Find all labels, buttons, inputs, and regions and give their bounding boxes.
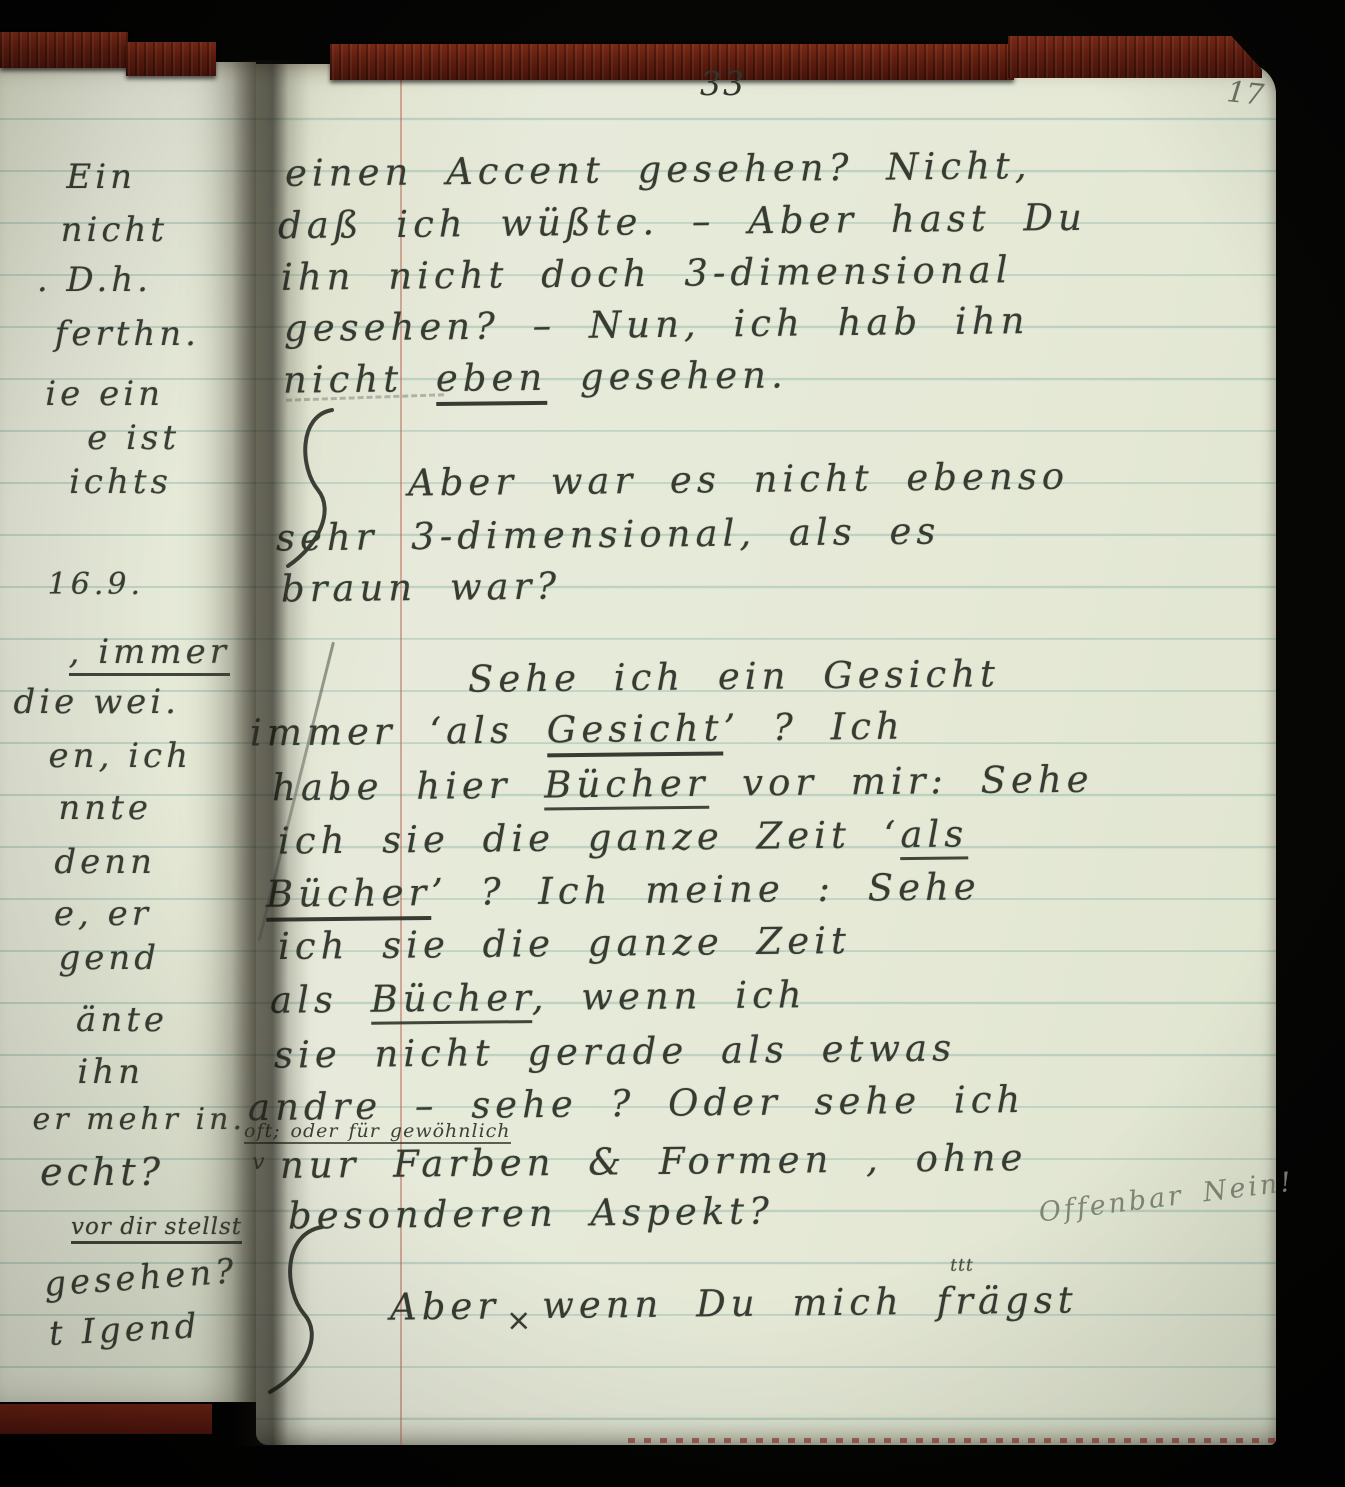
underlined-word: Bücher xyxy=(544,762,710,811)
binding-bottom-specks xyxy=(628,1438,1276,1443)
page-fragment: e ist xyxy=(87,418,180,458)
page-fragment: ie ein xyxy=(45,374,164,414)
line-text: sehr 3-dimensional, als es xyxy=(276,510,941,560)
page-fragment: echt? xyxy=(40,1150,164,1194)
page-fragment: änte xyxy=(76,1000,168,1040)
handwriting-line: Aber×wenn Du mich tttfrägst xyxy=(390,1278,1078,1328)
page-fragment: ferthn. xyxy=(55,314,200,354)
line-text: ’ ? Ich meine : Sehe xyxy=(431,865,981,914)
page-fragment: t Igend xyxy=(48,1306,201,1354)
section-mark-icon xyxy=(266,1222,336,1397)
notebook-page: einen Accent gesehen? Nicht, daß ich wüß… xyxy=(256,64,1276,1445)
page-fragment: . D.h. xyxy=(37,260,152,300)
binding-top-segment-1 xyxy=(0,32,128,68)
handwriting-line: als Bücher, wenn ich xyxy=(270,973,807,1022)
line-text: habe hier xyxy=(272,763,545,809)
underlined-word: eben xyxy=(436,356,548,406)
line-text: besonderen Aspekt? xyxy=(288,1189,774,1237)
handwriting-line: immer ‘als Gesicht’ ? Ich xyxy=(250,705,905,755)
binding-bottom-edge xyxy=(0,1404,212,1434)
line-text: frägst xyxy=(936,1278,1077,1322)
line-text: nur Farben & Formen , ohne xyxy=(280,1136,1028,1187)
handwriting-line: einen Accent gesehen? Nicht, xyxy=(285,144,1032,195)
page-fragment: Ein xyxy=(66,157,136,197)
line-text: einen Accent gesehen? Nicht, xyxy=(285,144,1032,195)
insertion-caret-icon: v xyxy=(252,1150,264,1175)
page-fragment: die wei. xyxy=(14,682,180,722)
line-text: ich sie die ganze Zeit ‘ xyxy=(278,813,901,863)
handwriting-line: Bücher’ ? Ich meine : Sehe xyxy=(266,865,981,915)
handwriting-line: nur Farben & Formen , ohne xyxy=(280,1136,1028,1187)
line-text: Aber war es nicht ebenso xyxy=(408,455,1069,505)
page-fragment: en, ich xyxy=(49,736,192,776)
handwriting-line: braun war? xyxy=(281,565,562,611)
page-fragment: denn xyxy=(54,842,156,882)
page-fragment: er mehr in. xyxy=(33,1102,246,1137)
handwriting-line: Aber war es nicht ebenso xyxy=(408,455,1069,505)
page-number: 33 xyxy=(700,64,746,103)
line-text: ihn nicht doch 3-dimensional xyxy=(281,248,1013,299)
line-text: immer ‘als xyxy=(250,708,547,754)
page-fragment: ihn xyxy=(77,1052,144,1092)
handwriting-line: sie nicht gerade als etwas xyxy=(274,1026,957,1076)
superscript-correction: ttt xyxy=(950,1255,974,1275)
page-fragment: e, er xyxy=(54,894,152,934)
binding-top-segment-2 xyxy=(126,42,216,76)
page-fragment: nicht xyxy=(61,210,168,250)
page-fragment: nnte xyxy=(58,788,152,828)
handwriting-line: ich sie die ganze Zeit ‘als xyxy=(278,812,969,862)
line-text: sie nicht gerade als etwas xyxy=(274,1026,957,1076)
line-text: vor mir: Sehe xyxy=(709,758,1094,805)
page-fragment: ichts xyxy=(69,462,172,502)
date-fragment: 16.9. xyxy=(48,567,144,602)
binding-top-segment-3 xyxy=(330,44,1014,80)
line-text: als xyxy=(270,978,371,1022)
handwriting-line: gesehen? – Nun, ich hab ihn xyxy=(284,299,1030,350)
pencil-annotation: Offenbar Nein! xyxy=(1037,1166,1296,1228)
scanned-notebook-photo: Ein nicht . D.h. ferthn. ie ein e ist ic… xyxy=(0,0,1345,1487)
folio-number: 17 xyxy=(1225,74,1265,112)
line-text: wenn Du mich xyxy=(542,1280,904,1327)
handwriting-line: Sehe ich ein Gesicht xyxy=(468,652,1000,701)
handwriting-line: besonderen Aspekt? xyxy=(288,1189,774,1237)
line-text: ’ ? Ich xyxy=(723,705,905,750)
handwriting-line: daß ich wüßte. – Aber hast Du xyxy=(278,196,1087,247)
corrected-word: tttfrägst xyxy=(936,1278,1077,1322)
line-text: ich sie die ganze Zeit xyxy=(278,919,851,968)
underlined-word: Bücher xyxy=(266,871,432,922)
interlinear-fragment: vor dir stellst xyxy=(71,1214,242,1244)
underlined-word: als xyxy=(900,812,968,860)
line-text: Aber xyxy=(390,1284,500,1328)
page-fragment: gend xyxy=(58,938,160,978)
handwriting-line: sehr 3-dimensional, als es xyxy=(276,510,941,560)
handwriting-line: ich sie die ganze Zeit xyxy=(278,919,851,968)
page-fragment: , immer xyxy=(69,632,230,676)
line-text: Sehe ich ein Gesicht xyxy=(468,652,1000,701)
line-text: , wenn ich xyxy=(532,973,807,1019)
binding-top-segment-4 xyxy=(1008,36,1262,78)
insertion-cross-icon: × xyxy=(506,1303,537,1338)
facing-page-edge: Ein nicht . D.h. ferthn. ie ein e ist ic… xyxy=(0,62,256,1402)
handwriting-line: ihn nicht doch 3-dimensional xyxy=(281,248,1013,299)
line-text: gesehen. xyxy=(547,353,788,399)
handwriting-line: habe hier Bücher vor mir: Sehe xyxy=(272,758,1094,810)
line-text: daß ich wüßte. – Aber hast Du xyxy=(278,196,1087,247)
line-text: braun war? xyxy=(281,565,562,611)
underlined-word: Gesicht xyxy=(547,706,724,757)
underlined-word: Bücher xyxy=(370,976,532,1025)
line-text: gesehen? – Nun, ich hab ihn xyxy=(284,299,1030,350)
page-fragment: gesehen? xyxy=(43,1251,239,1304)
interlinear-insertion: oft; oder für gewöhnlich xyxy=(244,1120,511,1144)
